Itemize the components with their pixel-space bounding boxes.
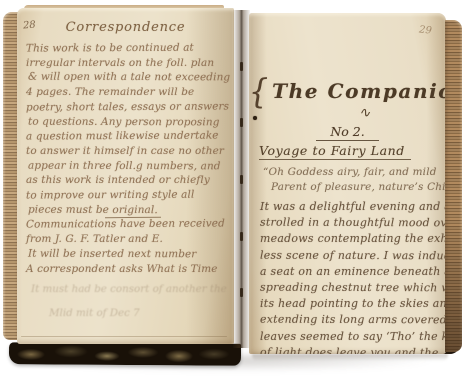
- manuscript-line: a seat on an eminence beneath a: [260, 264, 446, 280]
- faint-line: Mlid mit of Dec 7: [49, 305, 227, 321]
- manuscript-line: a question must likewise undertake: [26, 129, 230, 145]
- left-page: 28 Correspondence This work is to be con…: [17, 8, 234, 344]
- story-title-text: Voyage to Fairy Land: [259, 143, 411, 160]
- right-page: 29 {The Companion} ∿ No 2. Voyage to Fai…: [249, 13, 446, 354]
- journal-title: The Companion: [272, 79, 446, 103]
- manuscript-line: spreading chestnut tree which with: [260, 280, 446, 297]
- binding-stitch: [240, 118, 243, 127]
- manuscript-line: from J. G. F. Tatler and E.: [26, 232, 230, 247]
- manuscript-line: poetry, short tales, essays or answers: [26, 99, 230, 115]
- faint-line: It must had be consort of another the: [31, 281, 227, 297]
- page-bottom-shadow: [252, 354, 448, 361]
- manuscript-line: & will open with a tale not exceeding: [28, 70, 230, 85]
- manuscript-line: 4 pages. The remainder will be: [26, 85, 230, 100]
- binding-stitch: [240, 288, 243, 297]
- manuscript-line: strolled in a thoughtful mood over the: [260, 215, 446, 232]
- manuscript-line: to improve our writing style all: [26, 187, 230, 203]
- epigraph-line: Parent of pleasure, nature’s Child”: [271, 180, 446, 195]
- manuscript-line: as this work is intended or chiefly: [26, 173, 230, 188]
- right-fore-edge: [445, 20, 462, 352]
- edge-shadow: [445, 219, 462, 352]
- right-page-text: It was a delightful evening and as I str…: [260, 199, 446, 354]
- epigraph-line: “Oh Goddess airy, fair, and mild: [263, 165, 446, 180]
- manuscript-line: It was a delightful evening and as I: [260, 199, 446, 215]
- masthead: {The Companion} ∿: [249, 75, 446, 116]
- manuscript-line: of light does leave you and the: [260, 344, 446, 354]
- binding-stitch: [240, 232, 243, 241]
- binding-stitch: [240, 175, 243, 184]
- page-heading: Correspondence: [17, 20, 234, 35]
- manuscript-line: irregular intervals on the foll. plan: [26, 56, 230, 71]
- page-number-right: 29: [419, 24, 433, 36]
- faint-erased-text: It must had be consort of another the Ml…: [31, 281, 227, 321]
- manuscript-line: less scene of nature. I was induced to: [260, 247, 446, 264]
- manuscript-line: Communications have been received: [26, 217, 230, 233]
- binding-gutter: [233, 10, 250, 348]
- left-page-text: This work is to be continued at irregula…: [26, 41, 230, 276]
- title-underswirl-icon: ∿: [267, 110, 446, 116]
- issue-number-text: No 2.: [316, 124, 378, 141]
- manuscript-line: pieces must be original.: [28, 202, 230, 217]
- marbled-cover-edge: [9, 342, 241, 366]
- epigraph: “Oh Goddess airy, fair, and mild Parent …: [263, 165, 446, 194]
- manuscript-line: leaves seemed to say ‘Tho’ the king: [260, 329, 446, 345]
- manuscript-line: its head pointing to the skies and: [260, 296, 446, 312]
- story-title: Voyage to Fairy Land: [259, 140, 411, 160]
- page-crease: [21, 336, 227, 337]
- binding-stitch: [240, 62, 243, 71]
- manuscript-line: meadows contemplating the exhaust: [260, 231, 446, 247]
- manuscript-photo: 28 Correspondence This work is to be con…: [0, 0, 468, 382]
- manuscript-line: to questions. Any person proposing: [28, 114, 230, 129]
- manuscript-line: appear in three foll.g numbers, and: [28, 158, 230, 173]
- manuscript-line: This work is to be continued at: [26, 40, 230, 56]
- manuscript-line: It will be inserted next number: [28, 246, 230, 261]
- issue-number: No 2.: [249, 121, 446, 141]
- manuscript-line: extending its long arms covered with: [260, 312, 446, 329]
- manuscript-line: A correspondent asks What is Time: [26, 262, 230, 277]
- title-flourish-left-icon: {: [249, 73, 268, 112]
- ink-spot: [253, 116, 257, 120]
- manuscript-line: to answer it himself in case no other: [26, 144, 230, 159]
